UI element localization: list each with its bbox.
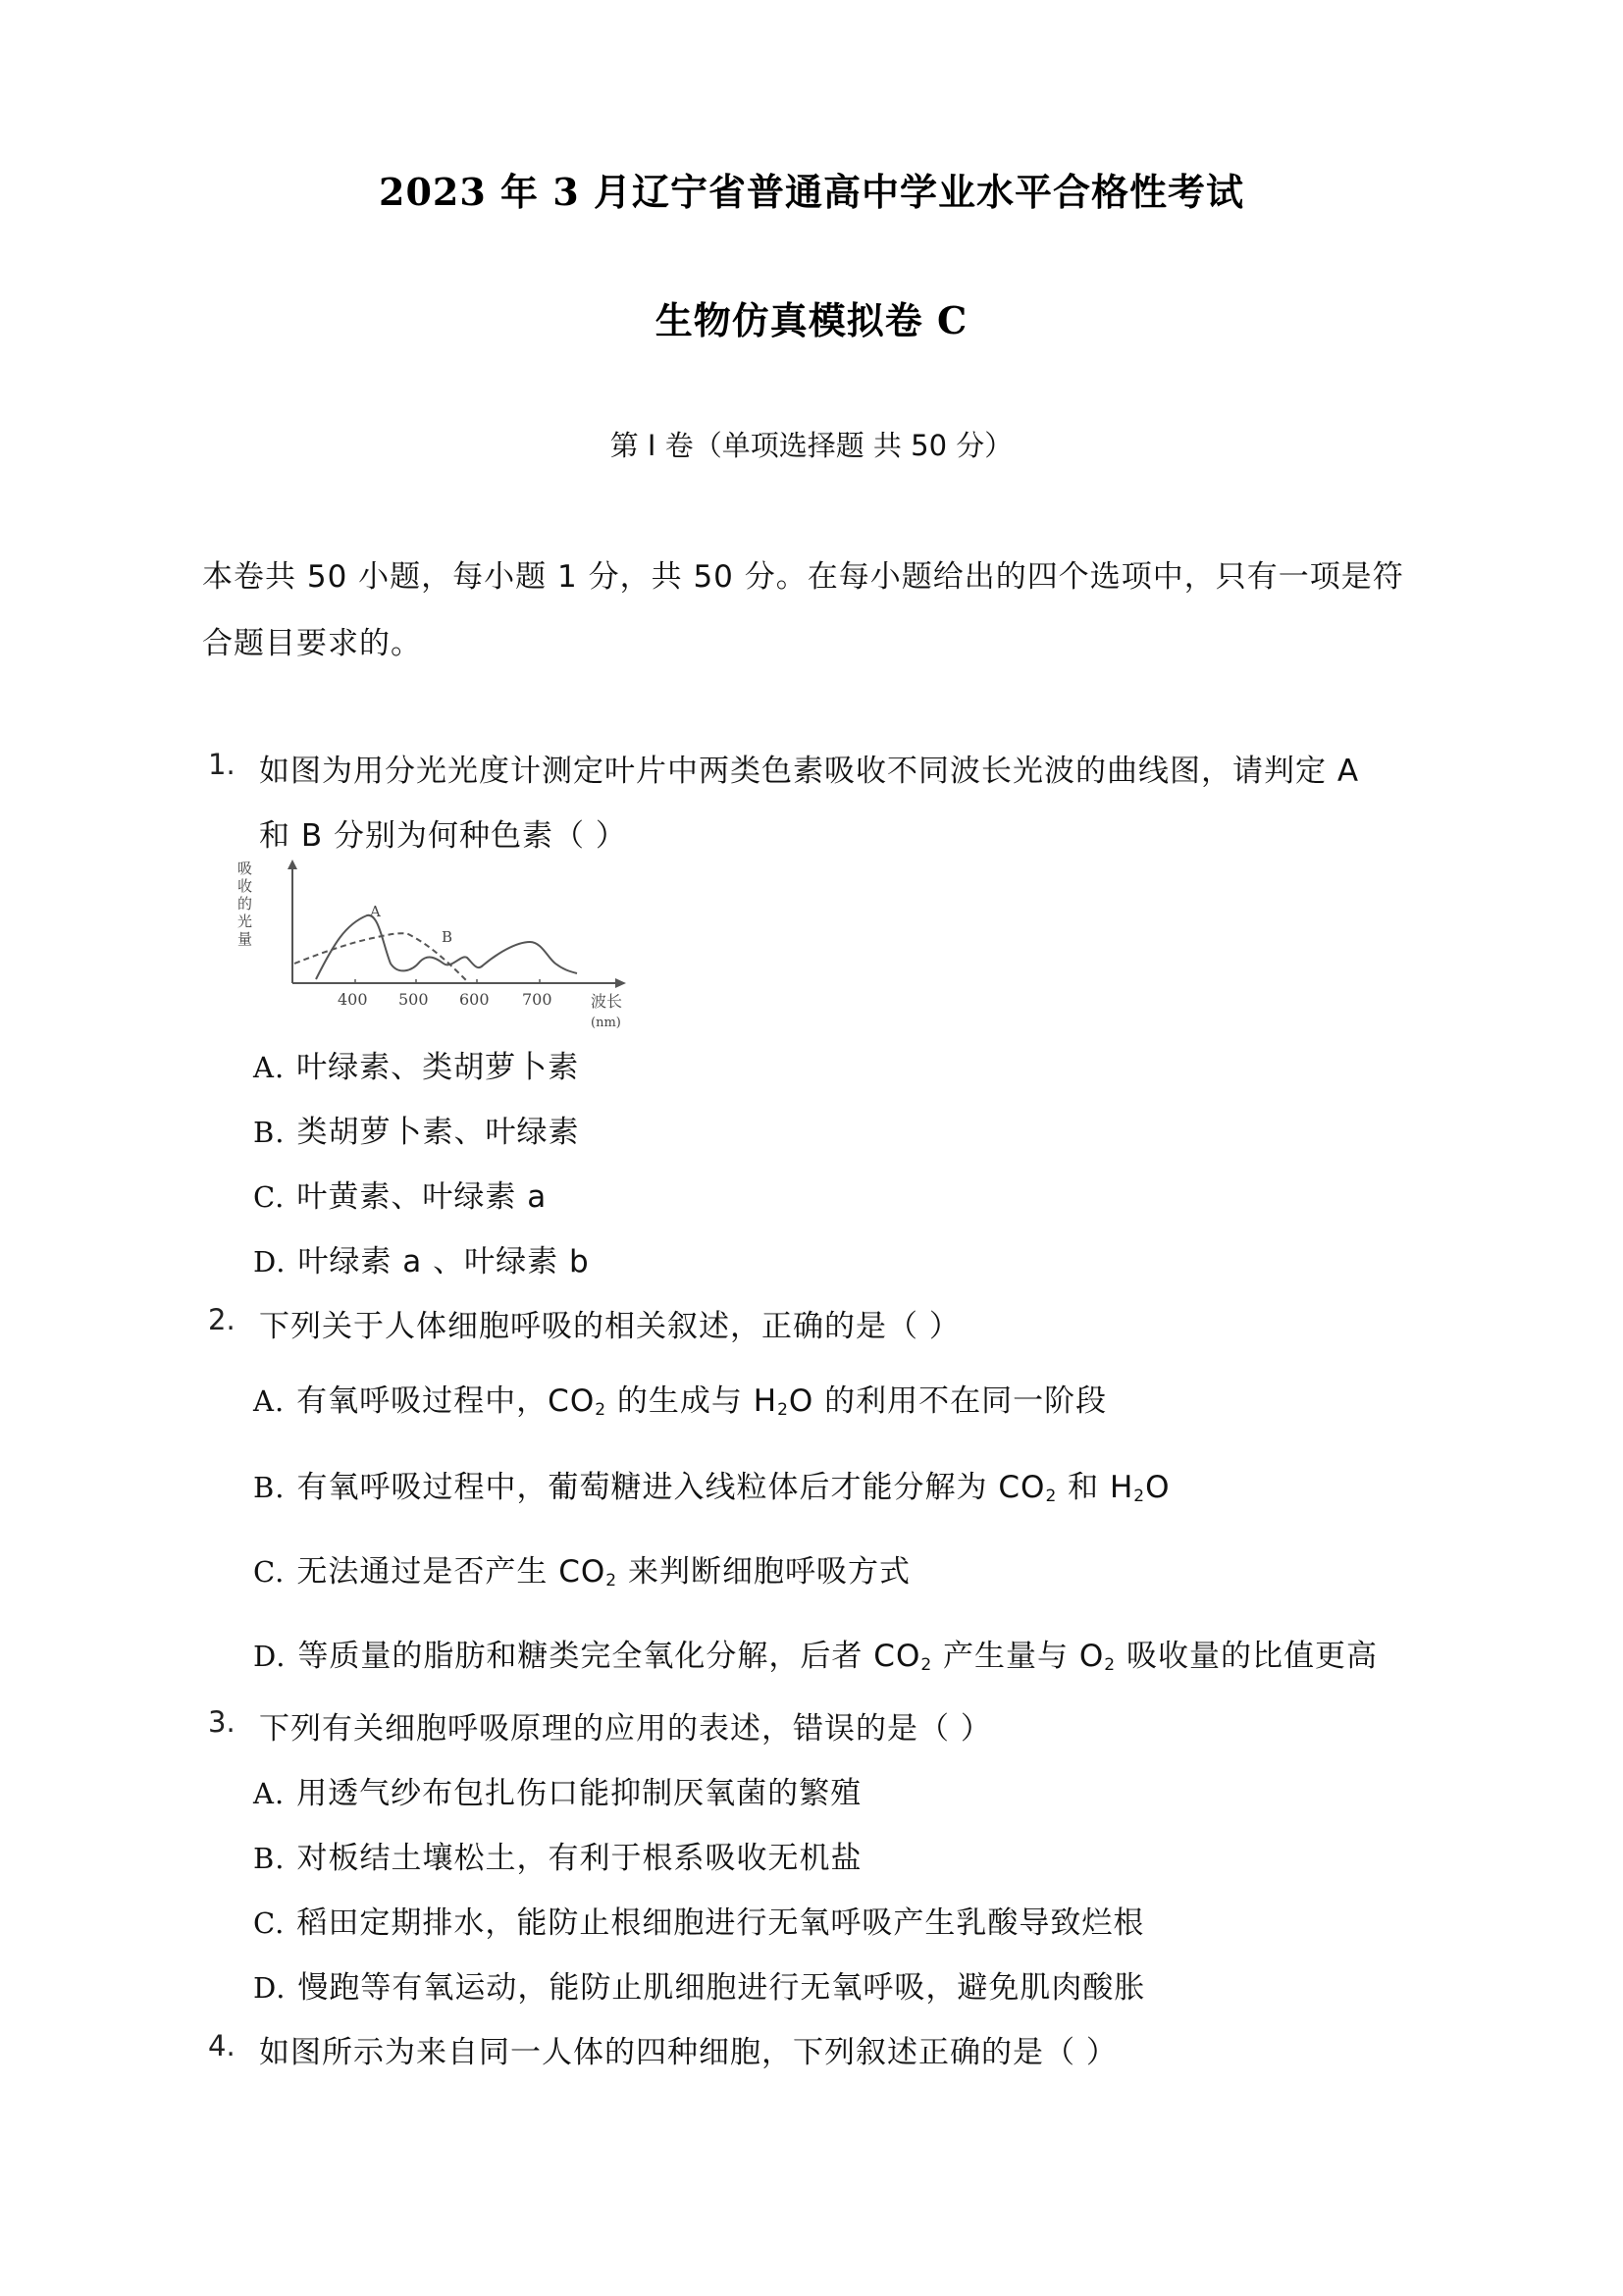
option-text: 慢跑等有氧运动，能防止肌细胞进行无氧呼吸，避免肌肉酸胀	[297, 1970, 1145, 2006]
formula-subscript: 2	[1133, 1487, 1145, 1506]
option-d[interactable]: D.慢跑等有氧运动，能防止肌细胞进行无氧呼吸，避免肌肉酸胀	[253, 1962, 1145, 2007]
formula-base: O	[1079, 1639, 1104, 1674]
option-text: 的利用不在同一阶段	[813, 1383, 1107, 1419]
option-b[interactable]: B.类胡萝卜素、叶绿素	[253, 1107, 580, 1151]
option-a[interactable]: A.有氧呼吸过程中，CO2 的生成与 H2O 的利用不在同一阶段	[253, 1376, 1107, 1420]
formula-h2o: H2O	[1110, 1470, 1171, 1505]
question-number: 4.	[208, 2029, 236, 2062]
question-stem: 如图所示为来自同一人体的四种细胞，下列叙述正确的是（ ）	[259, 2027, 1118, 2071]
formula-base: CO	[548, 1383, 595, 1419]
formula-co2: CO2	[548, 1383, 606, 1419]
formula-base: CO	[558, 1554, 605, 1590]
question-stem: 如图为用分光光度计测定叶片中两类色素吸收不同波长光波的曲线图，请判定 A	[259, 746, 1359, 790]
exam-title: 2023 年 3 月辽宁省普通高中学业水平合格性考试	[0, 162, 1623, 216]
svg-text:光: 光	[237, 913, 252, 930]
option-text: 对板结土壤松土，有利于根系吸收无机盐	[297, 1841, 863, 1876]
formula-base: O	[789, 1383, 813, 1419]
svg-text:B: B	[442, 928, 452, 946]
option-text: 吸收量的比值更高	[1116, 1639, 1378, 1674]
svg-text:吸: 吸	[237, 860, 252, 877]
formula-h2o: H2O	[754, 1383, 814, 1419]
option-d[interactable]: D.叶绿素 a 、叶绿素 b	[253, 1236, 590, 1280]
instructions-line-1: 本卷共 50 小题，每小题 1 分，共 50 分。在每小题给出的四个选项中，只有…	[202, 551, 1404, 596]
option-c[interactable]: C.无法通过是否产生 CO2 来判断细胞呼吸方式	[253, 1546, 911, 1591]
formula-base: CO	[873, 1639, 920, 1674]
formula-subscript: 2	[595, 1400, 606, 1420]
formula-subscript: 2	[777, 1400, 789, 1420]
option-text: 叶黄素、叶绿素 a	[296, 1179, 547, 1215]
absorption-spectrum-figure: 吸 收 的 光 量 400 500	[226, 856, 667, 1032]
option-text: 有氧呼吸过程中，	[296, 1383, 548, 1419]
option-b[interactable]: B.对板结土壤松土，有利于根系吸收无机盐	[253, 1833, 863, 1877]
option-text: 和	[1057, 1470, 1110, 1505]
svg-text:量: 量	[237, 930, 252, 948]
option-text: 叶绿素 a 、叶绿素 b	[297, 1244, 589, 1279]
option-a[interactable]: A.用透气纱布包扎伤口能抑制厌氧菌的繁殖	[253, 1768, 862, 1812]
option-c[interactable]: C.叶黄素、叶绿素 a	[253, 1172, 547, 1216]
question-stem: 下列有关细胞呼吸原理的应用的表述，错误的是（ ）	[259, 1703, 992, 1748]
svg-text:A: A	[369, 903, 381, 920]
formula-subscript: 2	[920, 1655, 932, 1675]
svg-text:波长: 波长	[591, 992, 622, 1011]
question-number: 1.	[208, 748, 236, 781]
svg-text:收: 收	[237, 877, 252, 895]
option-letter: B.	[253, 1842, 286, 1875]
exam-subtitle: 生物仿真模拟卷 C	[0, 290, 1623, 344]
option-letter: A.	[253, 1051, 285, 1084]
formula-base: H	[1110, 1470, 1133, 1505]
formula-base: O	[1145, 1470, 1170, 1505]
option-text: 叶绿素、类胡萝卜素	[296, 1050, 579, 1085]
question-number: 2.	[208, 1303, 236, 1336]
svg-text:(nm): (nm)	[591, 1016, 621, 1030]
formula-subscript: 2	[1104, 1655, 1116, 1675]
formula-co2: CO2	[998, 1470, 1057, 1505]
option-a[interactable]: A.叶绿素、类胡萝卜素	[253, 1042, 579, 1086]
formula-co2: CO2	[873, 1639, 932, 1674]
formula-base: CO	[998, 1470, 1045, 1505]
formula-subscript: 2	[1045, 1487, 1057, 1506]
option-text: 用透气纱布包扎伤口能抑制厌氧菌的繁殖	[296, 1776, 862, 1811]
option-text: 产生量与	[932, 1639, 1079, 1674]
option-letter: C.	[253, 1180, 285, 1214]
option-d[interactable]: D.等质量的脂肪和糖类完全氧化分解，后者 CO2 产生量与 O2 吸收量的比值更…	[253, 1631, 1378, 1675]
option-letter: D.	[253, 1640, 286, 1673]
question-stem: 和 B 分别为何种色素（ ）	[259, 810, 627, 855]
option-letter: C.	[253, 1555, 285, 1589]
svg-text:400: 400	[338, 990, 368, 1009]
option-b[interactable]: B.有氧呼吸过程中，葡萄糖进入线粒体后才能分解为 CO2 和 H2O	[253, 1462, 1171, 1506]
instructions-line-2: 合题目要求的。	[202, 618, 422, 662]
option-letter: D.	[253, 1245, 286, 1278]
svg-text:500: 500	[398, 990, 429, 1009]
option-letter: B.	[253, 1471, 286, 1504]
option-text: 来判断细胞呼吸方式	[617, 1554, 911, 1590]
option-letter: B.	[253, 1116, 286, 1149]
option-text: 无法通过是否产生	[296, 1554, 558, 1590]
formula-base: H	[754, 1383, 777, 1419]
section-heading: 第 I 卷（单项选择题 共 50 分）	[0, 424, 1623, 464]
formula-subscript: 2	[605, 1571, 617, 1591]
formula-co2: CO2	[558, 1554, 617, 1590]
question-stem: 下列关于人体细胞呼吸的相关叙述，正确的是（ ）	[259, 1301, 961, 1345]
question-number: 3.	[208, 1705, 236, 1739]
option-text: 的生成与	[606, 1383, 754, 1419]
option-letter: A.	[253, 1777, 285, 1810]
option-text: 类胡萝卜素、叶绿素	[297, 1115, 580, 1150]
option-text: 等质量的脂肪和糖类完全氧化分解，后者	[297, 1639, 873, 1674]
option-text: 稻田定期排水，能防止根细胞进行无氧呼吸产生乳酸导致烂根	[296, 1905, 1144, 1941]
option-letter: C.	[253, 1906, 285, 1940]
svg-text:700: 700	[522, 990, 552, 1009]
svg-text:600: 600	[459, 990, 490, 1009]
option-text: 有氧呼吸过程中，葡萄糖进入线粒体后才能分解为	[297, 1470, 999, 1505]
option-letter: A.	[253, 1384, 285, 1418]
formula-o2: O2	[1079, 1639, 1116, 1674]
option-letter: D.	[253, 1971, 286, 2005]
svg-text:的: 的	[237, 895, 252, 913]
option-c[interactable]: C.稻田定期排水，能防止根细胞进行无氧呼吸产生乳酸导致烂根	[253, 1898, 1144, 1942]
